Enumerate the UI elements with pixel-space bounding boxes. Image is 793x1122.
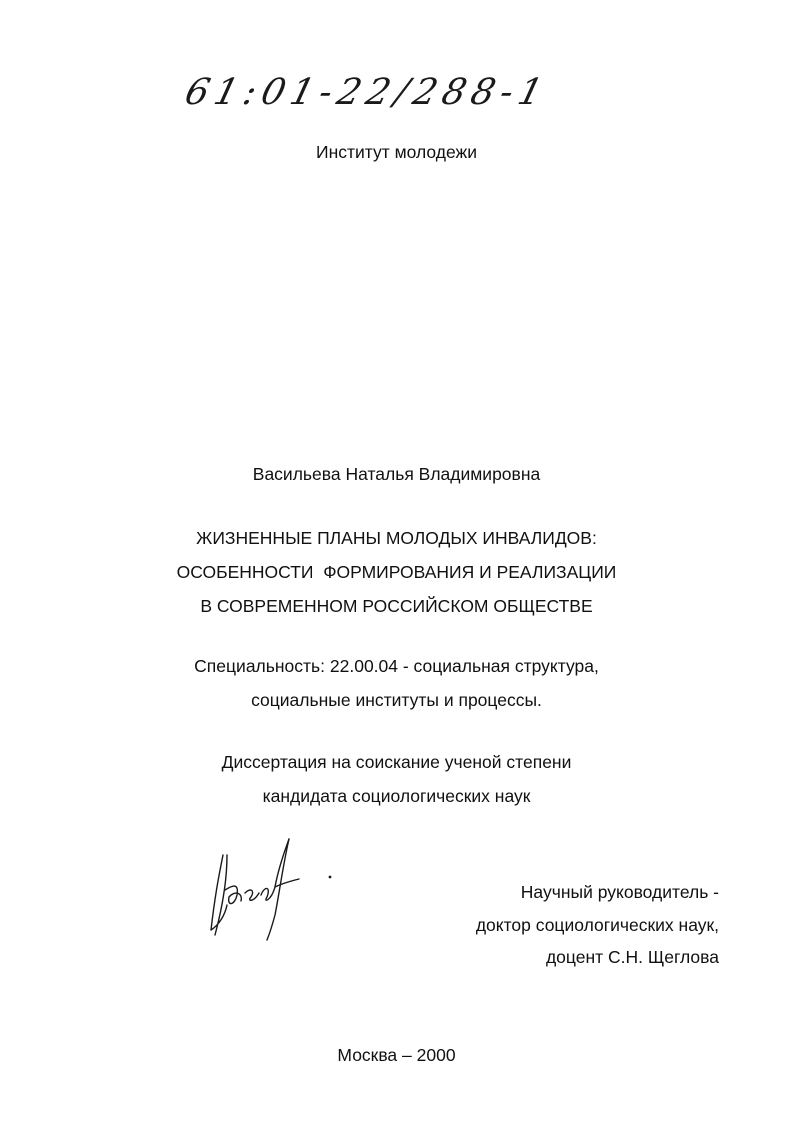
institution: Институт молодежи [0,142,793,162]
degree-line: кандидата социологических наук [0,786,793,806]
archive-number: 61:01-22/288-1 [181,72,553,113]
specialty-line: социальные институты и процессы. [0,690,793,710]
supervisor-line: доцент С.Н. Щеглова [546,947,719,967]
signature-icon [205,835,345,945]
author-name: Васильева Наталья Владимировна [0,464,793,484]
degree-line: Диссертация на соискание ученой степени [0,752,793,772]
supervisor-line: доктор социологических наук, [476,915,719,935]
title-line: ОСОБЕННОСТИ ФОРМИРОВАНИЯ И РЕАЛИЗАЦИИ [0,562,793,582]
supervisor-line: Научный руководитель - [521,882,719,902]
city-year: Москва – 2000 [0,1045,793,1065]
specialty-line: Специальность: 22.00.04 - социальная стр… [0,656,793,676]
title-line: В СОВРЕМЕННОМ РОССИЙСКОМ ОБЩЕСТВЕ [0,596,793,616]
title-line: ЖИЗНЕННЫЕ ПЛАНЫ МОЛОДЫХ ИНВАЛИДОВ: [0,528,793,548]
